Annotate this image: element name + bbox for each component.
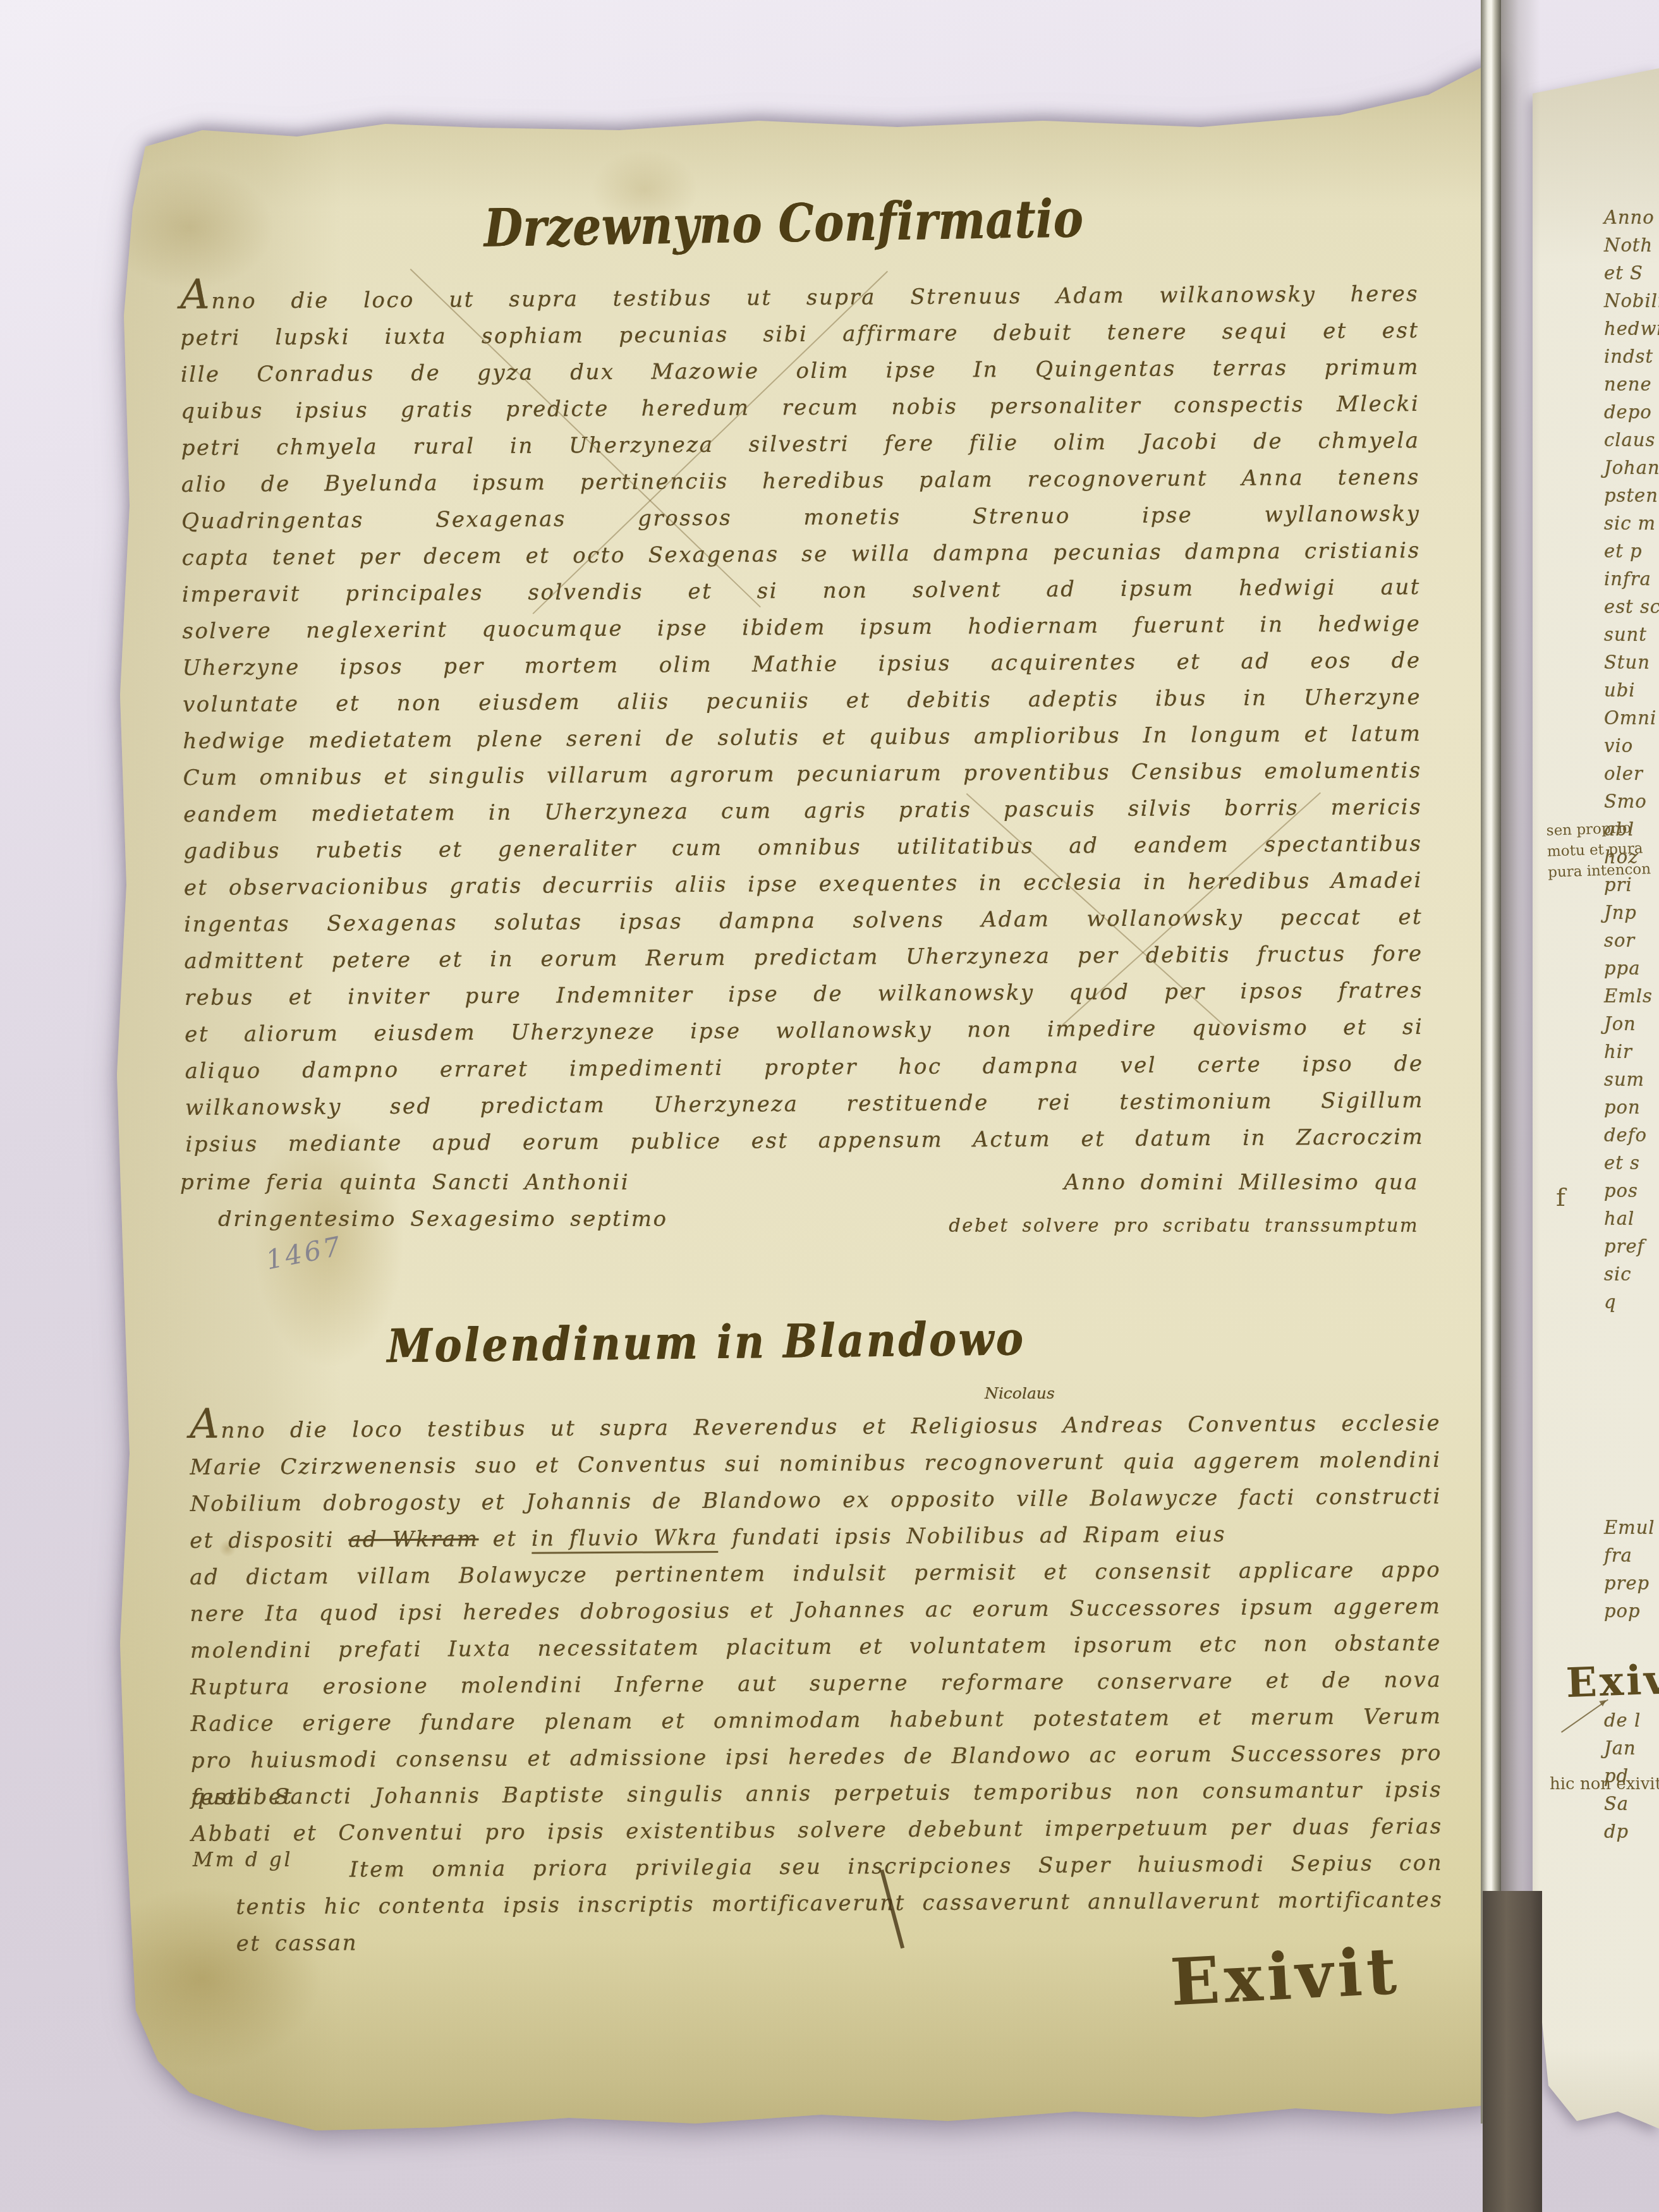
cut-off-line: defo	[1604, 1121, 1659, 1149]
facing-page-exivit-note: Exivit	[1565, 1655, 1659, 1707]
facing-page-margin-note: sen propriomotu et purapura intencon	[1546, 817, 1651, 884]
cut-off-line: sunt	[1604, 621, 1659, 648]
cut-off-line: et s	[1604, 1149, 1659, 1177]
gutter-fold-shadow	[1501, 0, 1540, 2114]
margin-note-line: pura intencon	[1548, 859, 1651, 884]
cut-off-line: claus	[1604, 426, 1659, 454]
binding-gutter-highlight	[1481, 0, 1501, 2124]
cut-off-line: hal	[1604, 1205, 1659, 1232]
book-spine-strip	[1483, 1891, 1542, 2212]
cut-off-line: sic m	[1604, 509, 1659, 537]
cut-off-line: et p	[1604, 537, 1659, 565]
cut-off-line: est sc	[1604, 593, 1659, 621]
cut-off-line: ubi	[1604, 676, 1659, 704]
manuscript-photo: Drzewnyno Confirmatio Anno die loco ut s…	[0, 0, 1659, 2212]
cut-off-line: nene	[1604, 370, 1659, 398]
cut-off-line: q	[1604, 1288, 1659, 1316]
cut-off-line: de l	[1604, 1706, 1659, 1734]
cut-off-line: et S	[1604, 259, 1659, 287]
facing-page-line-fragments: de lJanpdSadp	[1604, 1706, 1659, 1845]
cut-off-line: ppa	[1604, 954, 1659, 982]
cut-off-line: Omni	[1604, 704, 1659, 732]
cut-off-line: vio	[1604, 732, 1659, 760]
cut-off-line: pos	[1604, 1177, 1659, 1205]
cut-off-line: fra	[1604, 1541, 1659, 1569]
cut-off-line: Jan	[1604, 1734, 1659, 1762]
facing-page-line-fragments: AnnoNothet SNobilihedwiindstnenedepoclau…	[1604, 204, 1659, 1316]
cut-off-line: Anno	[1604, 204, 1659, 231]
cut-off-line: Johan	[1604, 454, 1659, 482]
cut-off-line: indst	[1604, 343, 1659, 370]
cut-off-line: sor	[1604, 927, 1659, 954]
cut-off-line: pon	[1604, 1093, 1659, 1121]
cut-off-line: Emul	[1604, 1514, 1659, 1541]
cut-off-line: oler	[1604, 760, 1659, 787]
cut-off-line: pd	[1604, 1762, 1659, 1790]
cut-off-line: Smo	[1604, 787, 1659, 815]
cut-off-line: dp	[1604, 1818, 1659, 1845]
cut-off-line: Noth	[1604, 231, 1659, 259]
right-page-shadow-wrap: AnnoNothet SNobilihedwiindstnenedepoclau…	[0, 0, 1659, 2212]
cut-off-line: Jnp	[1604, 899, 1659, 927]
cut-off-line: hedwi	[1604, 315, 1659, 343]
cut-off-line: pop	[1604, 1597, 1659, 1625]
cut-off-line: Jon	[1604, 1010, 1659, 1038]
cut-off-line: sum	[1604, 1066, 1659, 1093]
cut-off-line: infra	[1604, 565, 1659, 593]
cut-off-line: Stun	[1604, 648, 1659, 676]
facing-page-line-fragments: Emulfrapreppop	[1604, 1514, 1659, 1625]
cut-off-line: Nobili	[1604, 287, 1659, 315]
cut-off-line: Emls	[1604, 982, 1659, 1010]
facing-page-sliver: AnnoNothet SNobilihedwiindstnenedepoclau…	[0, 0, 1659, 2212]
cut-off-line: sic	[1604, 1260, 1659, 1288]
cut-off-line: hir	[1604, 1038, 1659, 1066]
cut-off-line: Sa	[1604, 1790, 1659, 1818]
cut-off-line: pref	[1604, 1232, 1659, 1260]
cut-off-line: depo	[1604, 398, 1659, 426]
margin-f-mark: f	[1556, 1183, 1565, 1212]
cut-off-line: prep	[1604, 1569, 1659, 1597]
cut-off-line: psten	[1604, 482, 1659, 509]
